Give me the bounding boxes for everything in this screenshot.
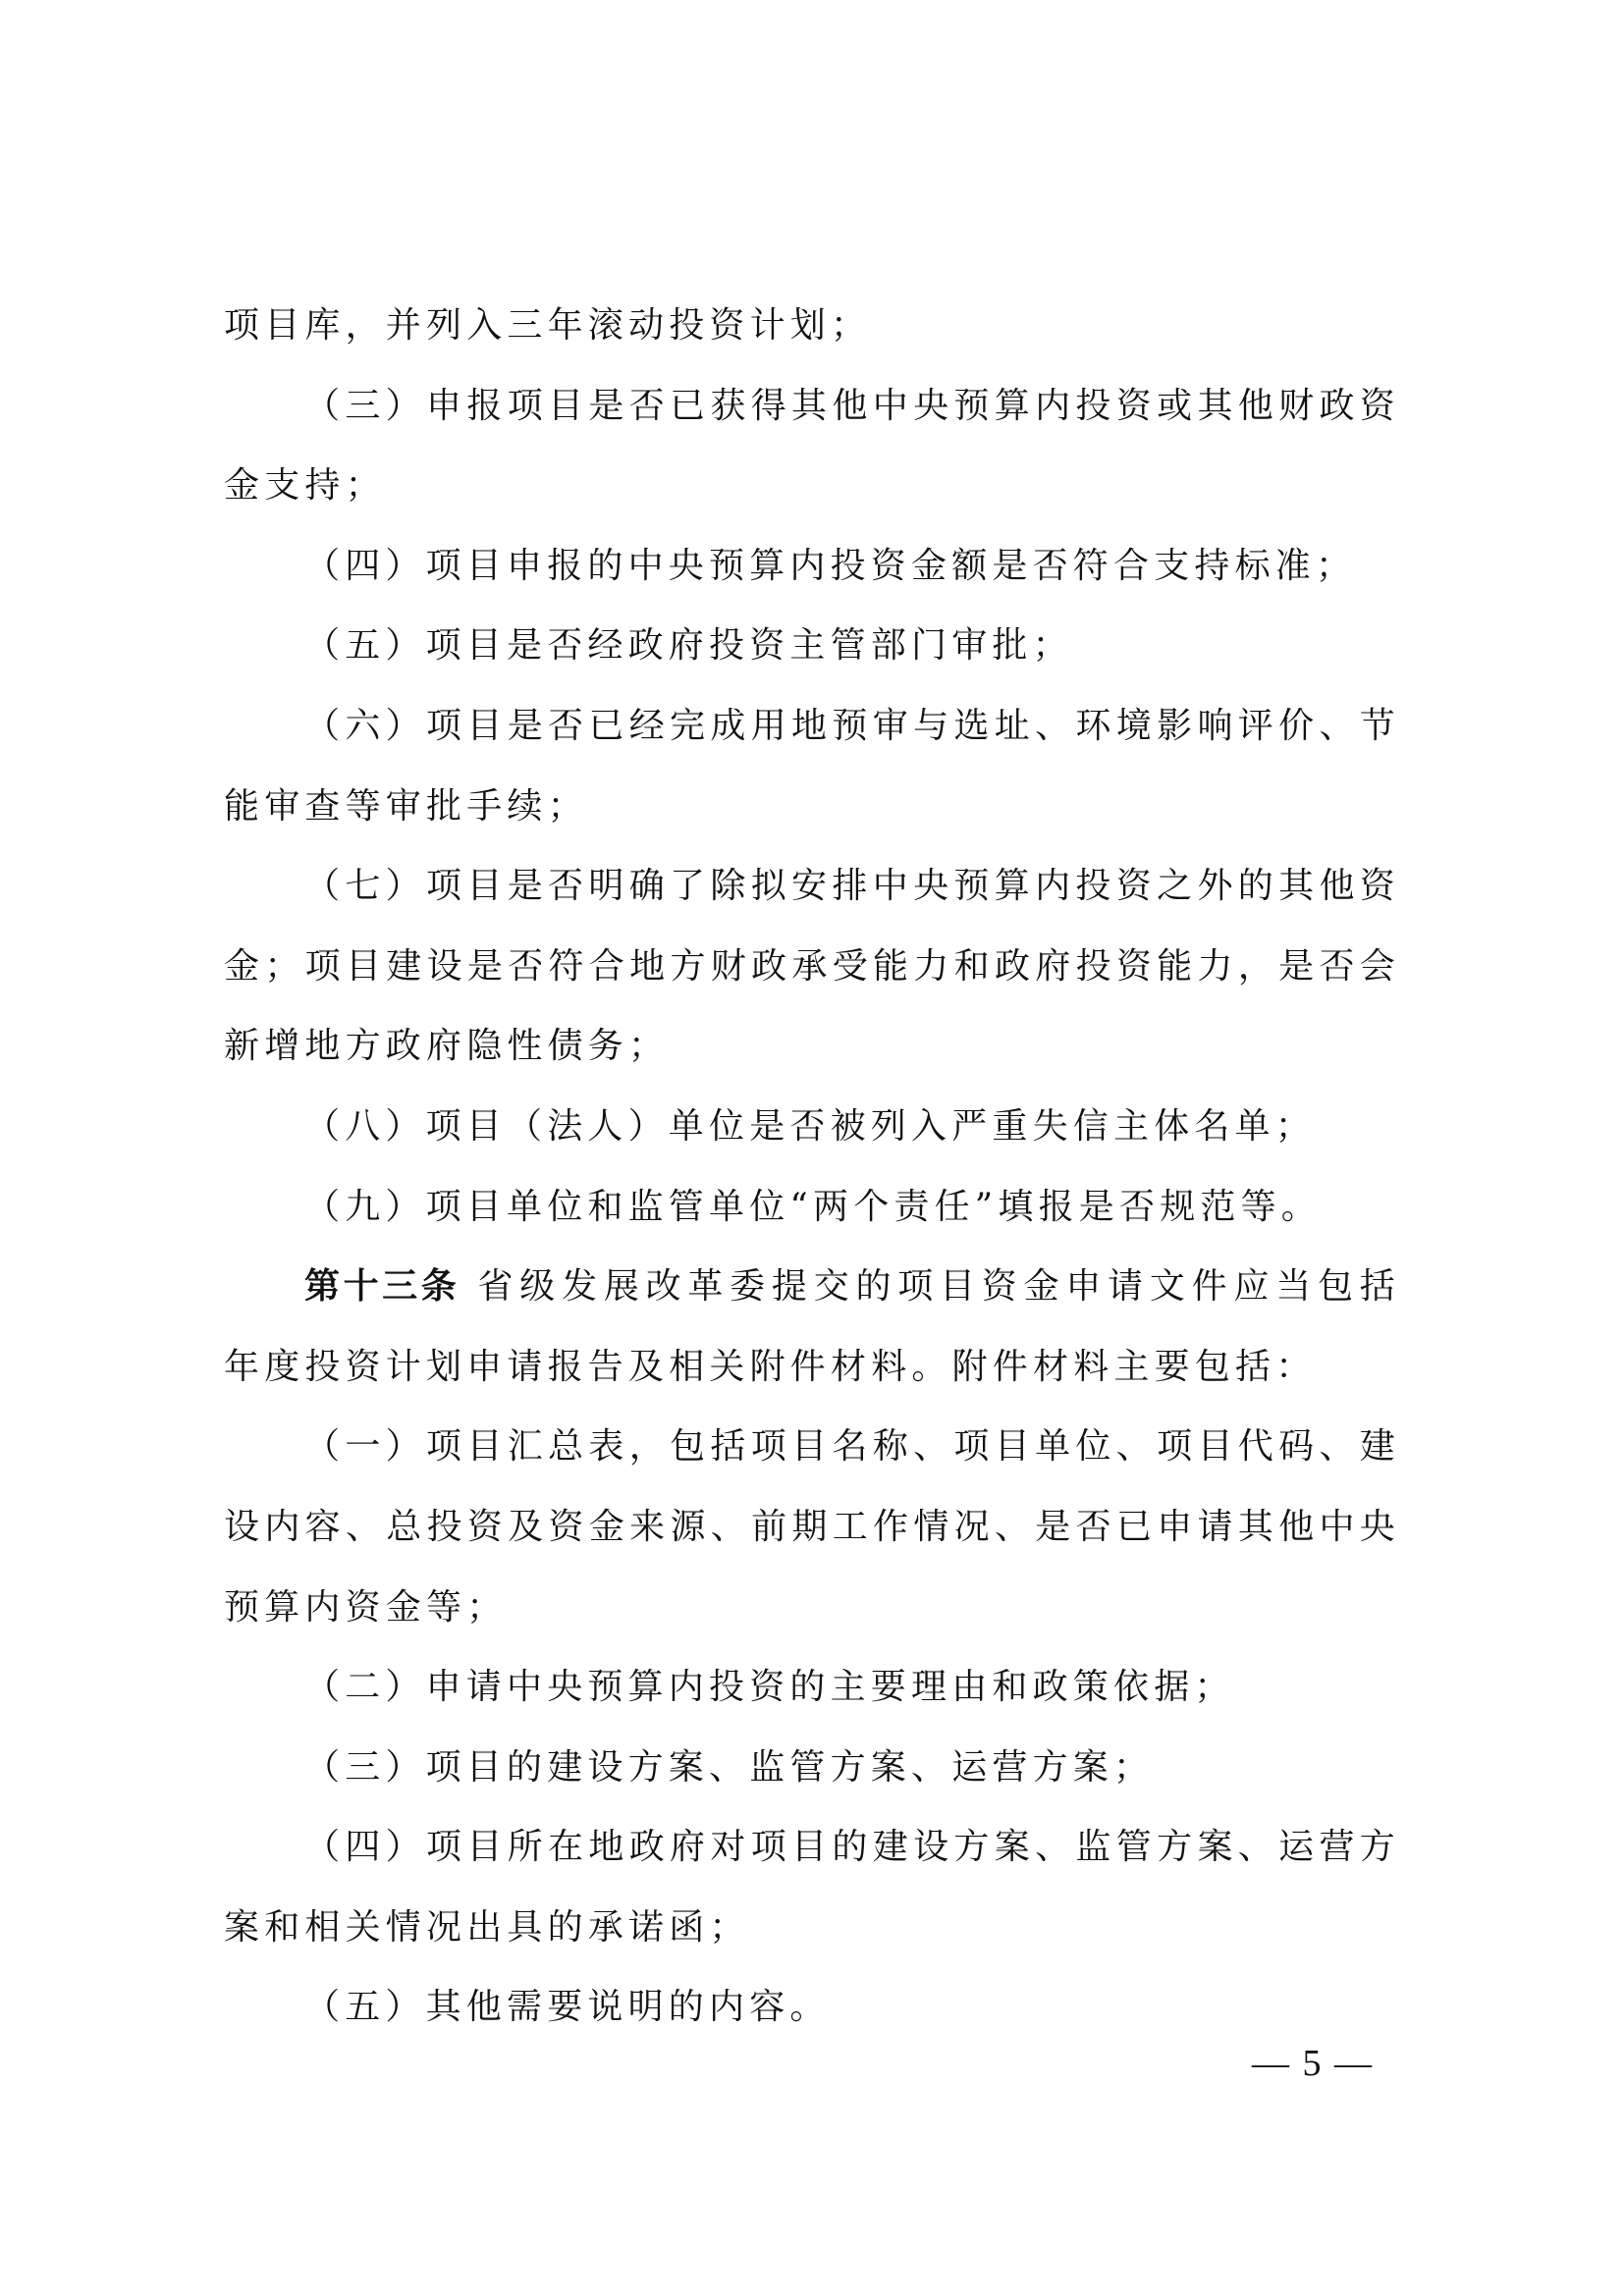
paragraph-text: （三）项目的建设方案、监管方案、运营方案； <box>304 1747 1154 1788</box>
attachment-item-5: （五）其他需要说明的内容。 <box>224 1967 1400 2048</box>
list-item-8: （八）项目（法人）单位是否被列入严重失信主体名单； <box>224 1087 1400 1167</box>
paragraph-text: （一）项目汇总表，包括项目名称、项目单位、项目代码、建设内容、总投资及资金来源、… <box>224 1426 1400 1627</box>
list-item-5: （五）项目是否经政府投资主管部门审批； <box>224 606 1400 686</box>
paragraph-text: （四）项目申报的中央预算内投资金额是否符合支持标准； <box>304 546 1356 586</box>
paragraph-text: （五）项目是否经政府投资主管部门审批； <box>304 625 1073 666</box>
article-13: 第十三条 省级发展改革委提交的项目资金申请文件应当包括年度投资计划申请报告及相关… <box>224 1247 1400 1407</box>
document-page-body: 项目库，并列入三年滚动投资计划； （三）申报项目是否已获得其他中央预算内投资或其… <box>224 286 1400 2048</box>
paragraph-text: 项目库，并列入三年滚动投资计划； <box>224 305 871 346</box>
list-item-4: （四）项目申报的中央预算内投资金额是否符合支持标准； <box>224 526 1400 607</box>
paragraph-text: （三）申报项目是否已获得其他中央预算内投资或其他财政资金支持； <box>224 386 1400 507</box>
article-heading: 第十三条 <box>304 1266 460 1307</box>
paragraph-text: （九）项目单位和监管单位“两个责任”填报是否规范等。 <box>304 1187 1322 1227</box>
page-number: — 5 — <box>1252 2042 1374 2085</box>
paragraph-text: （四）项目所在地政府对项目的建设方案、监管方案、运营方案和相关情况出具的承诺函； <box>224 1827 1400 1948</box>
attachment-item-2: （二）申请中央预算内投资的主要理由和政策依据； <box>224 1647 1400 1728</box>
paragraph-text: （五）其他需要说明的内容。 <box>304 1987 831 2027</box>
list-item-6: （六）项目是否已经完成用地预审与选址、环境影响评价、节能审查等审批手续； <box>224 686 1400 846</box>
paragraph-text: （八）项目（法人）单位是否被列入严重失信主体名单； <box>304 1106 1316 1147</box>
paragraph-text: （六）项目是否已经完成用地预审与选址、环境影响评价、节能审查等审批手续； <box>224 706 1400 827</box>
attachment-item-3: （三）项目的建设方案、监管方案、运营方案； <box>224 1728 1400 1808</box>
paragraph-text: （二）申请中央预算内投资的主要理由和政策依据； <box>304 1667 1235 1707</box>
paragraph-continuation: 项目库，并列入三年滚动投资计划； <box>224 286 1400 366</box>
attachment-item-1: （一）项目汇总表，包括项目名称、项目单位、项目代码、建设内容、总投资及资金来源、… <box>224 1407 1400 1647</box>
list-item-7: （七）项目是否明确了除拟安排中央预算内投资之外的其他资金；项目建设是否符合地方财… <box>224 846 1400 1087</box>
attachment-item-4: （四）项目所在地政府对项目的建设方案、监管方案、运营方案和相关情况出具的承诺函； <box>224 1807 1400 1967</box>
list-item-3: （三）申报项目是否已获得其他中央预算内投资或其他财政资金支持； <box>224 366 1400 526</box>
paragraph-text: （七）项目是否明确了除拟安排中央预算内投资之外的其他资金；项目建设是否符合地方财… <box>224 866 1400 1066</box>
list-item-9: （九）项目单位和监管单位“两个责任”填报是否规范等。 <box>224 1167 1400 1248</box>
